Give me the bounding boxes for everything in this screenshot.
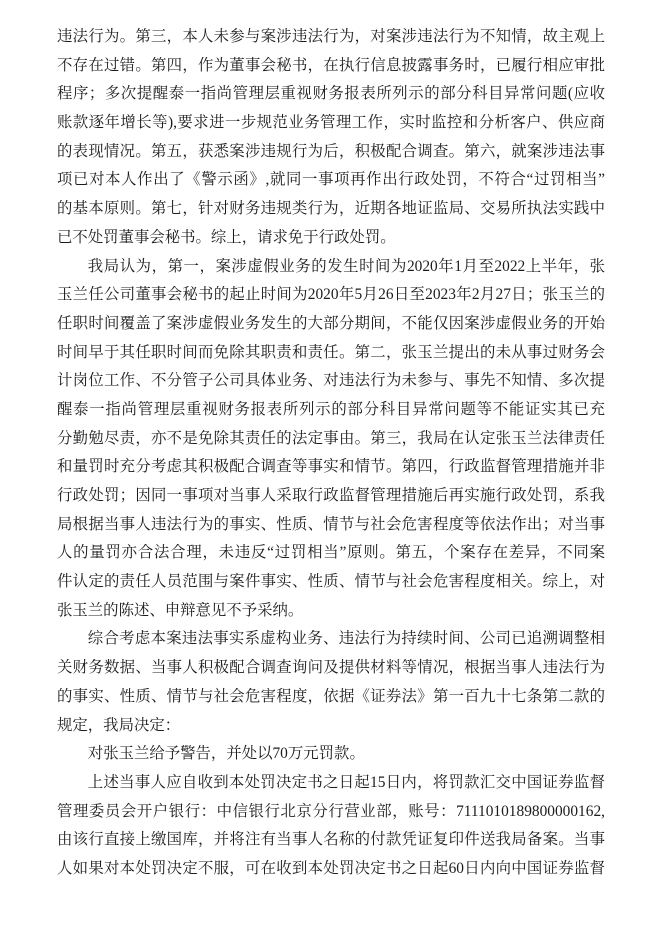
document-line: 对张玉兰给予警告，并处以70万元罚款。 bbox=[57, 740, 605, 769]
document-line: 账款逐年增长等),要求进一步规范业务管理工作，实时监控和分析客户、供应商 bbox=[57, 109, 605, 138]
document-line: 上述当事人应自收到本处罚决定书之日起15日内，将罚款汇交中国证券监督 bbox=[57, 769, 605, 798]
document-line: 综合考虑本案违法事实系虚构业务、违法行为持续时间、公司已追溯调整相 bbox=[57, 625, 605, 654]
document-line: 违法行为。第三，本人未参与案涉违法行为，对案涉违法行为不知情，故主观上 bbox=[57, 23, 605, 52]
document-line: 的基本原则。第七，针对财务违规类行为，近期各地证监局、交易所执法实践中 bbox=[57, 195, 605, 224]
document-line: 不存在过错。第四，作为董事会秘书，在执行信息披露事务时，已履行相应审批 bbox=[57, 52, 605, 81]
document-line: 行政处罚；因同一事项对当事人采取行政监督管理措施后再实施行政处罚，系我 bbox=[57, 482, 605, 511]
document-line: 程序；多次提醒泰一指尚管理层重视财务报表所列示的部分科目异常问题(应收 bbox=[57, 80, 605, 109]
document-line: 人的量罚亦合法合理，未违反“过罚相当”原则。第五，个案存在差异，不同案 bbox=[57, 539, 605, 568]
document-line: 和量罚时充分考虑其积极配合调查等事实和情节。第四，行政监督管理措施并非 bbox=[57, 453, 605, 482]
document-line: 局根据当事人违法行为的事实、性质、情节与社会危害程度等依法作出；对当事 bbox=[57, 511, 605, 540]
document-line: 醒泰一指尚管理层重视财务报表所列示的部分科目异常问题等不能证实其已充 bbox=[57, 396, 605, 425]
document-line: 已不处罚董事会秘书。综上，请求免于行政处罚。 bbox=[57, 224, 605, 253]
document-line: 的表现情况。第五，获悉案涉违规行为后，积极配合调查。第六，就案涉违法事 bbox=[57, 138, 605, 167]
document-line: 玉兰任公司董事会秘书的起止时间为2020年5月26日至2023年2月27日；张玉… bbox=[57, 281, 605, 310]
document-line: 计岗位工作、不分管子公司具体业务、对违法行为未参与、事先不知情、多次提 bbox=[57, 367, 605, 396]
document-line: 我局认为，第一，案涉虚假业务的发生时间为2020年1月至2022上半年，张 bbox=[57, 253, 605, 282]
document-line: 时间早于其任职时间而免除其职责和责任。第二，张玉兰提出的未从事过财务会 bbox=[57, 339, 605, 368]
document-page: 违法行为。第三，本人未参与案涉违法行为，对案涉违法行为不知情，故主观上不存在过错… bbox=[0, 0, 661, 940]
document-line: 的事实、性质、情节与社会危害程度，依据《证券法》第一百九十七条第二款的 bbox=[57, 683, 605, 712]
document-line: 由该行直接上缴国库，并将注有当事人名称的付款凭证复印件送我局备案。当事 bbox=[57, 826, 605, 855]
document-body: 违法行为。第三，本人未参与案涉违法行为，对案涉违法行为不知情，故主观上不存在过错… bbox=[57, 23, 605, 884]
document-line: 分勤勉尽责，亦不是免除其责任的法定事由。第三，我局在认定张玉兰法律责任 bbox=[57, 425, 605, 454]
document-line: 规定，我局决定： bbox=[57, 712, 605, 741]
document-line: 管理委员会开户银行：中信银行北京分行营业部，账号：711101018980000… bbox=[57, 798, 605, 827]
document-line: 任职时间覆盖了案涉虚假业务发生的大部分期间，不能仅因案涉虚假业务的开始 bbox=[57, 310, 605, 339]
document-line: 关财务数据、当事人积极配合调查询问及提供材料等情况，根据当事人违法行为 bbox=[57, 654, 605, 683]
document-line: 人如果对本处罚决定不服，可在收到本处罚决定书之日起60日内向中国证券监督 bbox=[57, 855, 605, 884]
document-line: 张玉兰的陈述、申辩意见不予采纳。 bbox=[57, 597, 605, 626]
document-line: 件认定的责任人员范围与案件事实、性质、情节与社会危害程度相关。综上，对 bbox=[57, 568, 605, 597]
document-line: 项已对本人作出了《警示函》,就同一事项再作出行政处罚，不符合“过罚相当” bbox=[57, 166, 605, 195]
